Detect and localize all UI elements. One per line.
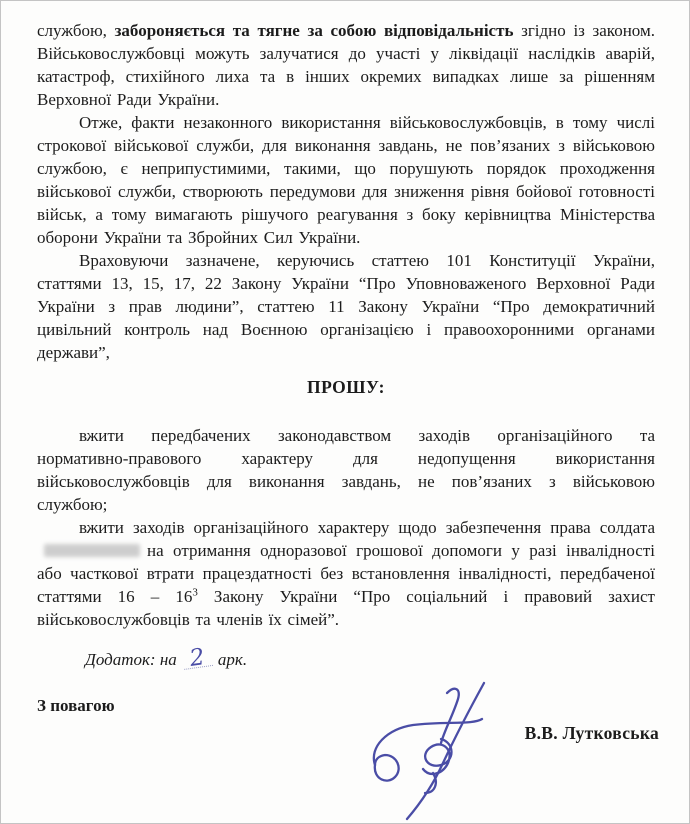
paragraph-request-1: вжити передбачених законодавством заході… <box>37 424 655 516</box>
handwritten-page-count: 2 <box>182 649 213 670</box>
paragraph-text-run: службою, <box>37 21 115 40</box>
attachment-label: Додаток: на <box>85 650 177 669</box>
redacted-soldier-name <box>44 544 140 557</box>
scanned-letter-page: службою, забороняється та тягне за собою… <box>0 0 690 824</box>
attachment-suffix: арк. <box>218 650 247 669</box>
signer-name: В.В. Лутковська <box>525 723 659 744</box>
attachment-line: Додаток: на 2 арк. <box>85 650 655 670</box>
signature-scribble-icon <box>361 681 501 824</box>
paragraph-text-run: вжити заходів організаційного характеру … <box>79 518 655 537</box>
paragraph-request-2: вжити заходів організаційного характеру … <box>37 516 655 631</box>
bold-prohibition-phrase: забороняється та тягне за собою відповід… <box>115 21 514 40</box>
request-heading: ПРОШУ: <box>37 377 655 398</box>
paragraph-legal-grounds: Враховуючи зазначене, керуючись статтею … <box>37 249 655 364</box>
paragraph-conclusion-facts: Отже, факти незаконного використання вій… <box>37 111 655 249</box>
closing-salutation: З повагою <box>37 696 655 716</box>
paragraph-law-prohibition: службою, забороняється та тягне за собою… <box>37 19 655 111</box>
